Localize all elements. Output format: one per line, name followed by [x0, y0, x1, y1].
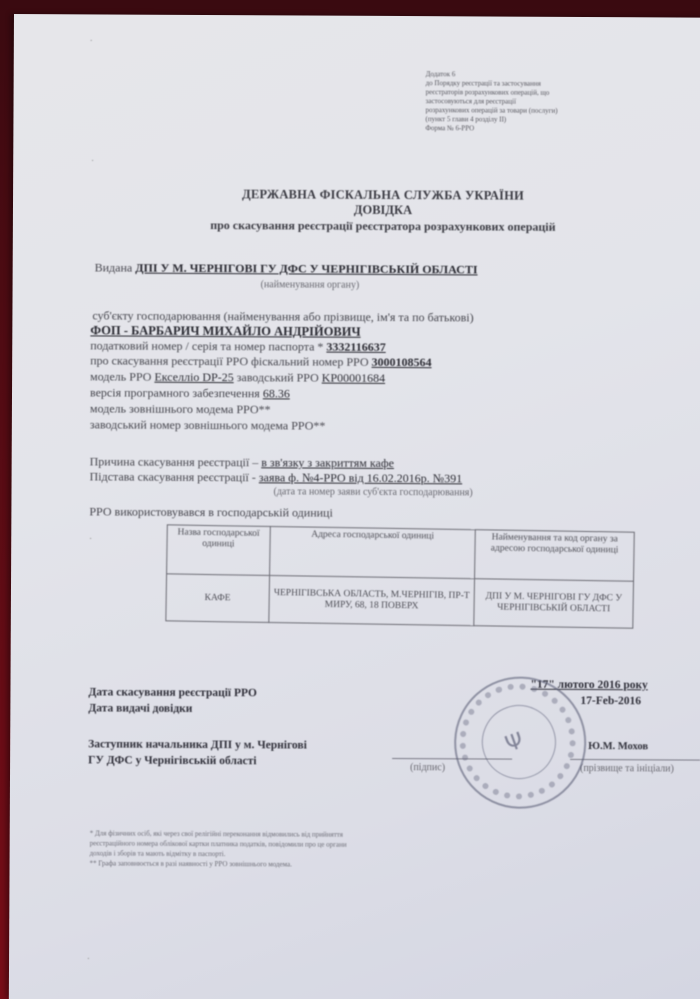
fiscal-number-line: про скасування реєстрації РРО фіскальний…: [90, 353, 431, 369]
issue-date-label: Дата видачі довідки: [88, 702, 192, 715]
model-value: Екселліо DP-25: [154, 370, 233, 384]
reason-label: Причина скасування реєстрації –: [90, 454, 259, 469]
document-subject: про скасування реєстрації реєстратора ро…: [173, 218, 593, 235]
software-label: версія програмного забезпечення: [90, 385, 260, 400]
footnote-line: ** Графа заповнюється в разі наявності у…: [90, 858, 347, 869]
model-label: модель РРО: [90, 369, 151, 383]
issuing-authority: ДПІ У М. ЧЕРНІГОВІ ГУ ДФС У ЧЕРНІГІВСЬКІ…: [135, 261, 477, 277]
issued-caption: (найменування органу): [261, 279, 360, 291]
fiscal-number-label: про скасування реєстрації РРО фіскальний…: [90, 353, 368, 368]
margin-mark: ·: [89, 534, 92, 543]
signatory-name: Ю.М. Мохов: [588, 741, 648, 752]
margin-mark: ·: [91, 156, 94, 165]
basis-label: Підстава скасування реєстрації -: [90, 469, 256, 484]
form-annex-note: Додаток 6 до Порядку реєстрації та засто…: [425, 70, 557, 134]
margin-mark: ·: [90, 36, 93, 45]
software-value: 68.36: [263, 386, 290, 400]
table-row: КАФЕ ЧЕРНІГІВСЬКА ОБЛАСТЬ, М.ЧЕРНІГІВ, П…: [166, 574, 634, 628]
margin-mark: ·: [87, 954, 90, 963]
software-line: версія програмного забезпечення 68.36: [90, 385, 290, 400]
issue-date-value: 17-Feb-2016: [580, 695, 641, 707]
signatory-department: ГУ ДФС у Чернігівській області: [88, 754, 257, 767]
document-page: Додаток 6 до Порядку реєстрації та засто…: [9, 14, 700, 999]
reason-line: Причина скасування реєстрації – в зв'язк…: [90, 454, 394, 470]
column-header: Адреса господарської одиниці: [269, 526, 475, 578]
basis-line: Підстава скасування реєстрації - заява ф…: [90, 469, 463, 485]
table-cell: ЧЕРНІГІВСЬКА ОБЛАСТЬ, М.ЧЕРНІГІВ, ПР-Т М…: [269, 575, 475, 625]
basis-value: заява ф. №4-РРО від 16.02.2016р. №391: [259, 470, 462, 485]
name-line: [570, 759, 700, 761]
footnotes: * Для фізичних осіб, які через свої релі…: [90, 828, 347, 869]
table-cell: ДПІ У М. ЧЕРНІГОВІ ГУ ДФС У ЧЕРНІГІВСЬКІ…: [474, 579, 634, 628]
serial-label: заводський РРО: [237, 370, 319, 384]
annex-line: Форма № 6-РРО: [425, 124, 557, 134]
name-caption: (прізвище та ініціали): [580, 763, 674, 774]
basis-caption: (дата та номер заяви суб'єкта господарюв…: [273, 486, 472, 498]
document-type: ДОВІДКА: [173, 202, 593, 219]
column-header: Назва господарської одиниці: [167, 525, 270, 576]
modem-model-label: модель зовнішнього модема РРО**: [90, 401, 271, 416]
business-units-table: Назва господарської одиниці Адреса госпо…: [165, 524, 634, 628]
subject-label: суб'єкту господарювання (найменування аб…: [92, 308, 473, 324]
table-cell: КАФЕ: [166, 574, 269, 623]
fiscal-number-value: 3000108564: [372, 355, 432, 369]
tax-id-value: 3332116637: [326, 340, 385, 354]
table-header-row: Назва господарської одиниці Адреса госпо…: [167, 525, 635, 581]
issued-by-line: Видана ДПІ У М. ЧЕРНІГОВІ ГУ ДФС У ЧЕРНІ…: [95, 260, 478, 276]
column-header: Найменування та код органу за адресою го…: [475, 530, 635, 581]
serial-value: KP00001684: [322, 371, 385, 385]
tax-id-line: податковий номер / серія та номер паспор…: [90, 338, 386, 354]
signatory-position: Заступник начальника ДПІ у м. Чернігові: [88, 738, 307, 751]
reason-value: в зв'язку з закриттям кафе: [261, 455, 394, 470]
used-in-label: РРО використовувався в господарській оди…: [89, 504, 332, 519]
cancel-date-label: Дата скасування реєстрації РРО: [88, 686, 256, 699]
modem-serial-label: заводський номер зовнішнього модема РРО*…: [90, 417, 326, 432]
signature-caption: (підпис): [410, 762, 445, 773]
tax-id-label: податковий номер / серія та номер паспор…: [90, 338, 323, 353]
subject-name: ФОП - БАРБАРИЧ МИХАЙЛО АНДРІЙОВИЧ: [90, 323, 360, 338]
issued-label: Видана: [95, 260, 133, 274]
model-line: модель РРО Екселліо DP-25 заводський РРО…: [90, 369, 385, 385]
